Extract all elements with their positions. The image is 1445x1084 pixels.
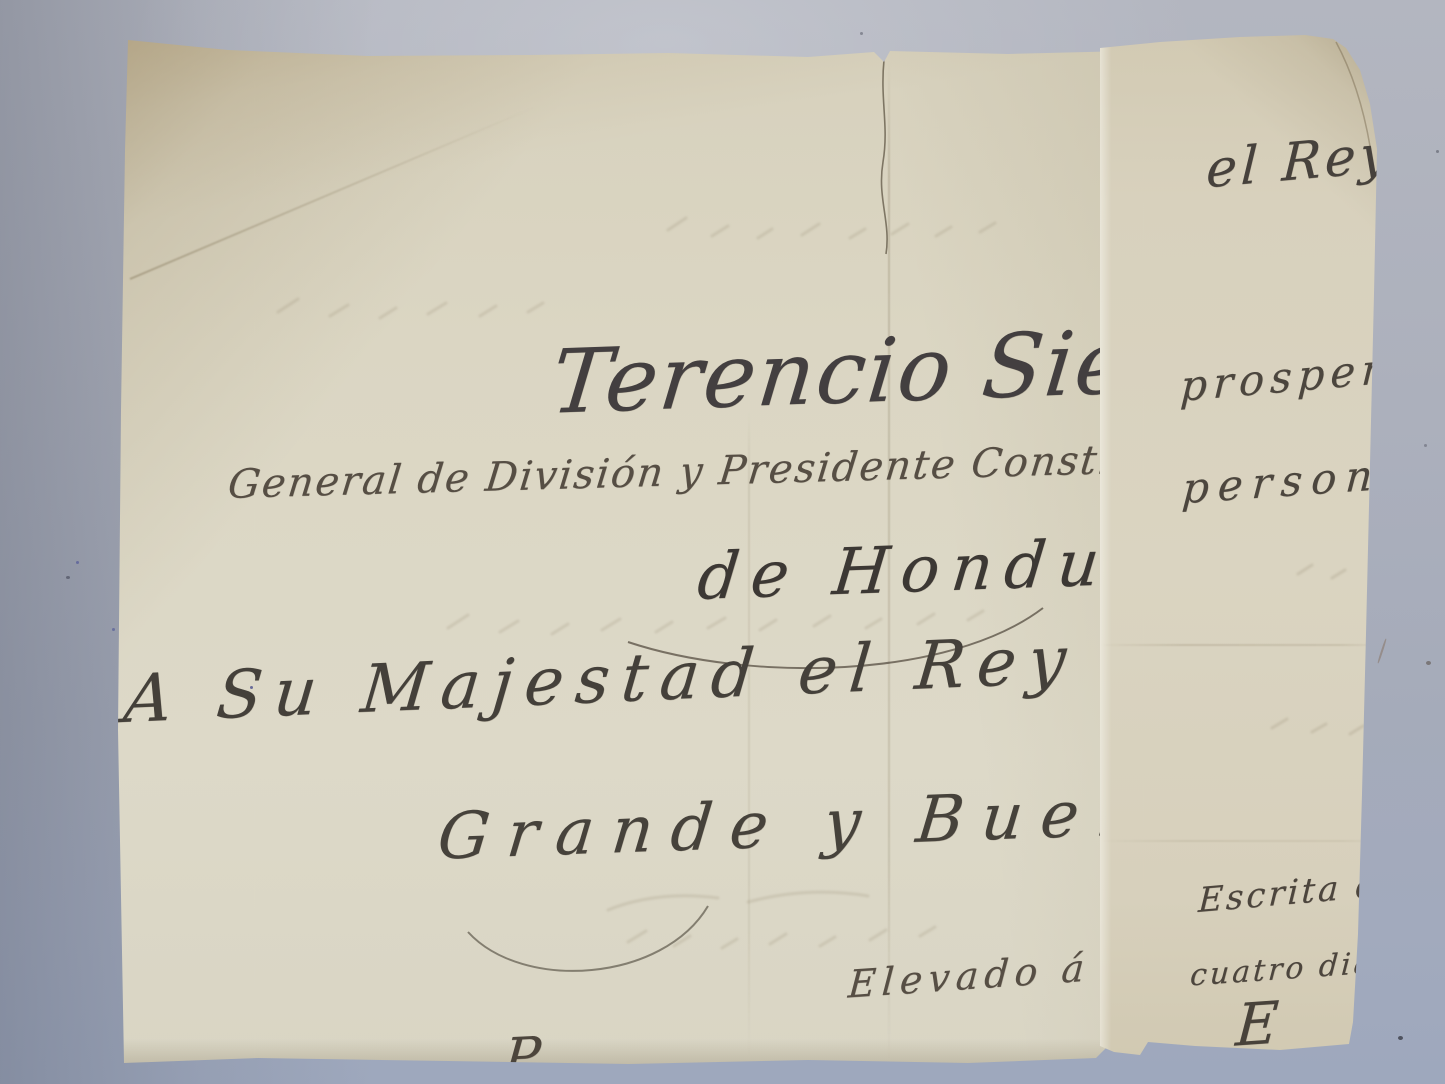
flourish-descender [468,906,708,971]
dust-speck [1398,1036,1403,1040]
ink-bleedthrough [1272,565,1363,734]
ink-speck-blue [76,561,79,564]
photo-of-document: Terencio Sierra General de División y Pr… [0,0,1445,1084]
ink-speck-blue [112,628,115,631]
letter-page: Terencio Sierra General de División y Pr… [108,30,1273,1070]
dust-speck-brown [1426,661,1431,665]
dust-speck [1436,150,1439,153]
dust-speck [860,32,863,35]
ink-speck-blue [250,686,253,689]
dust-speck [66,576,70,579]
tear-crack [881,60,887,254]
dust-speck [1424,444,1427,447]
folded-page-strip: el Rey prosperi persona Escrita en cuatr… [1100,34,1382,1060]
